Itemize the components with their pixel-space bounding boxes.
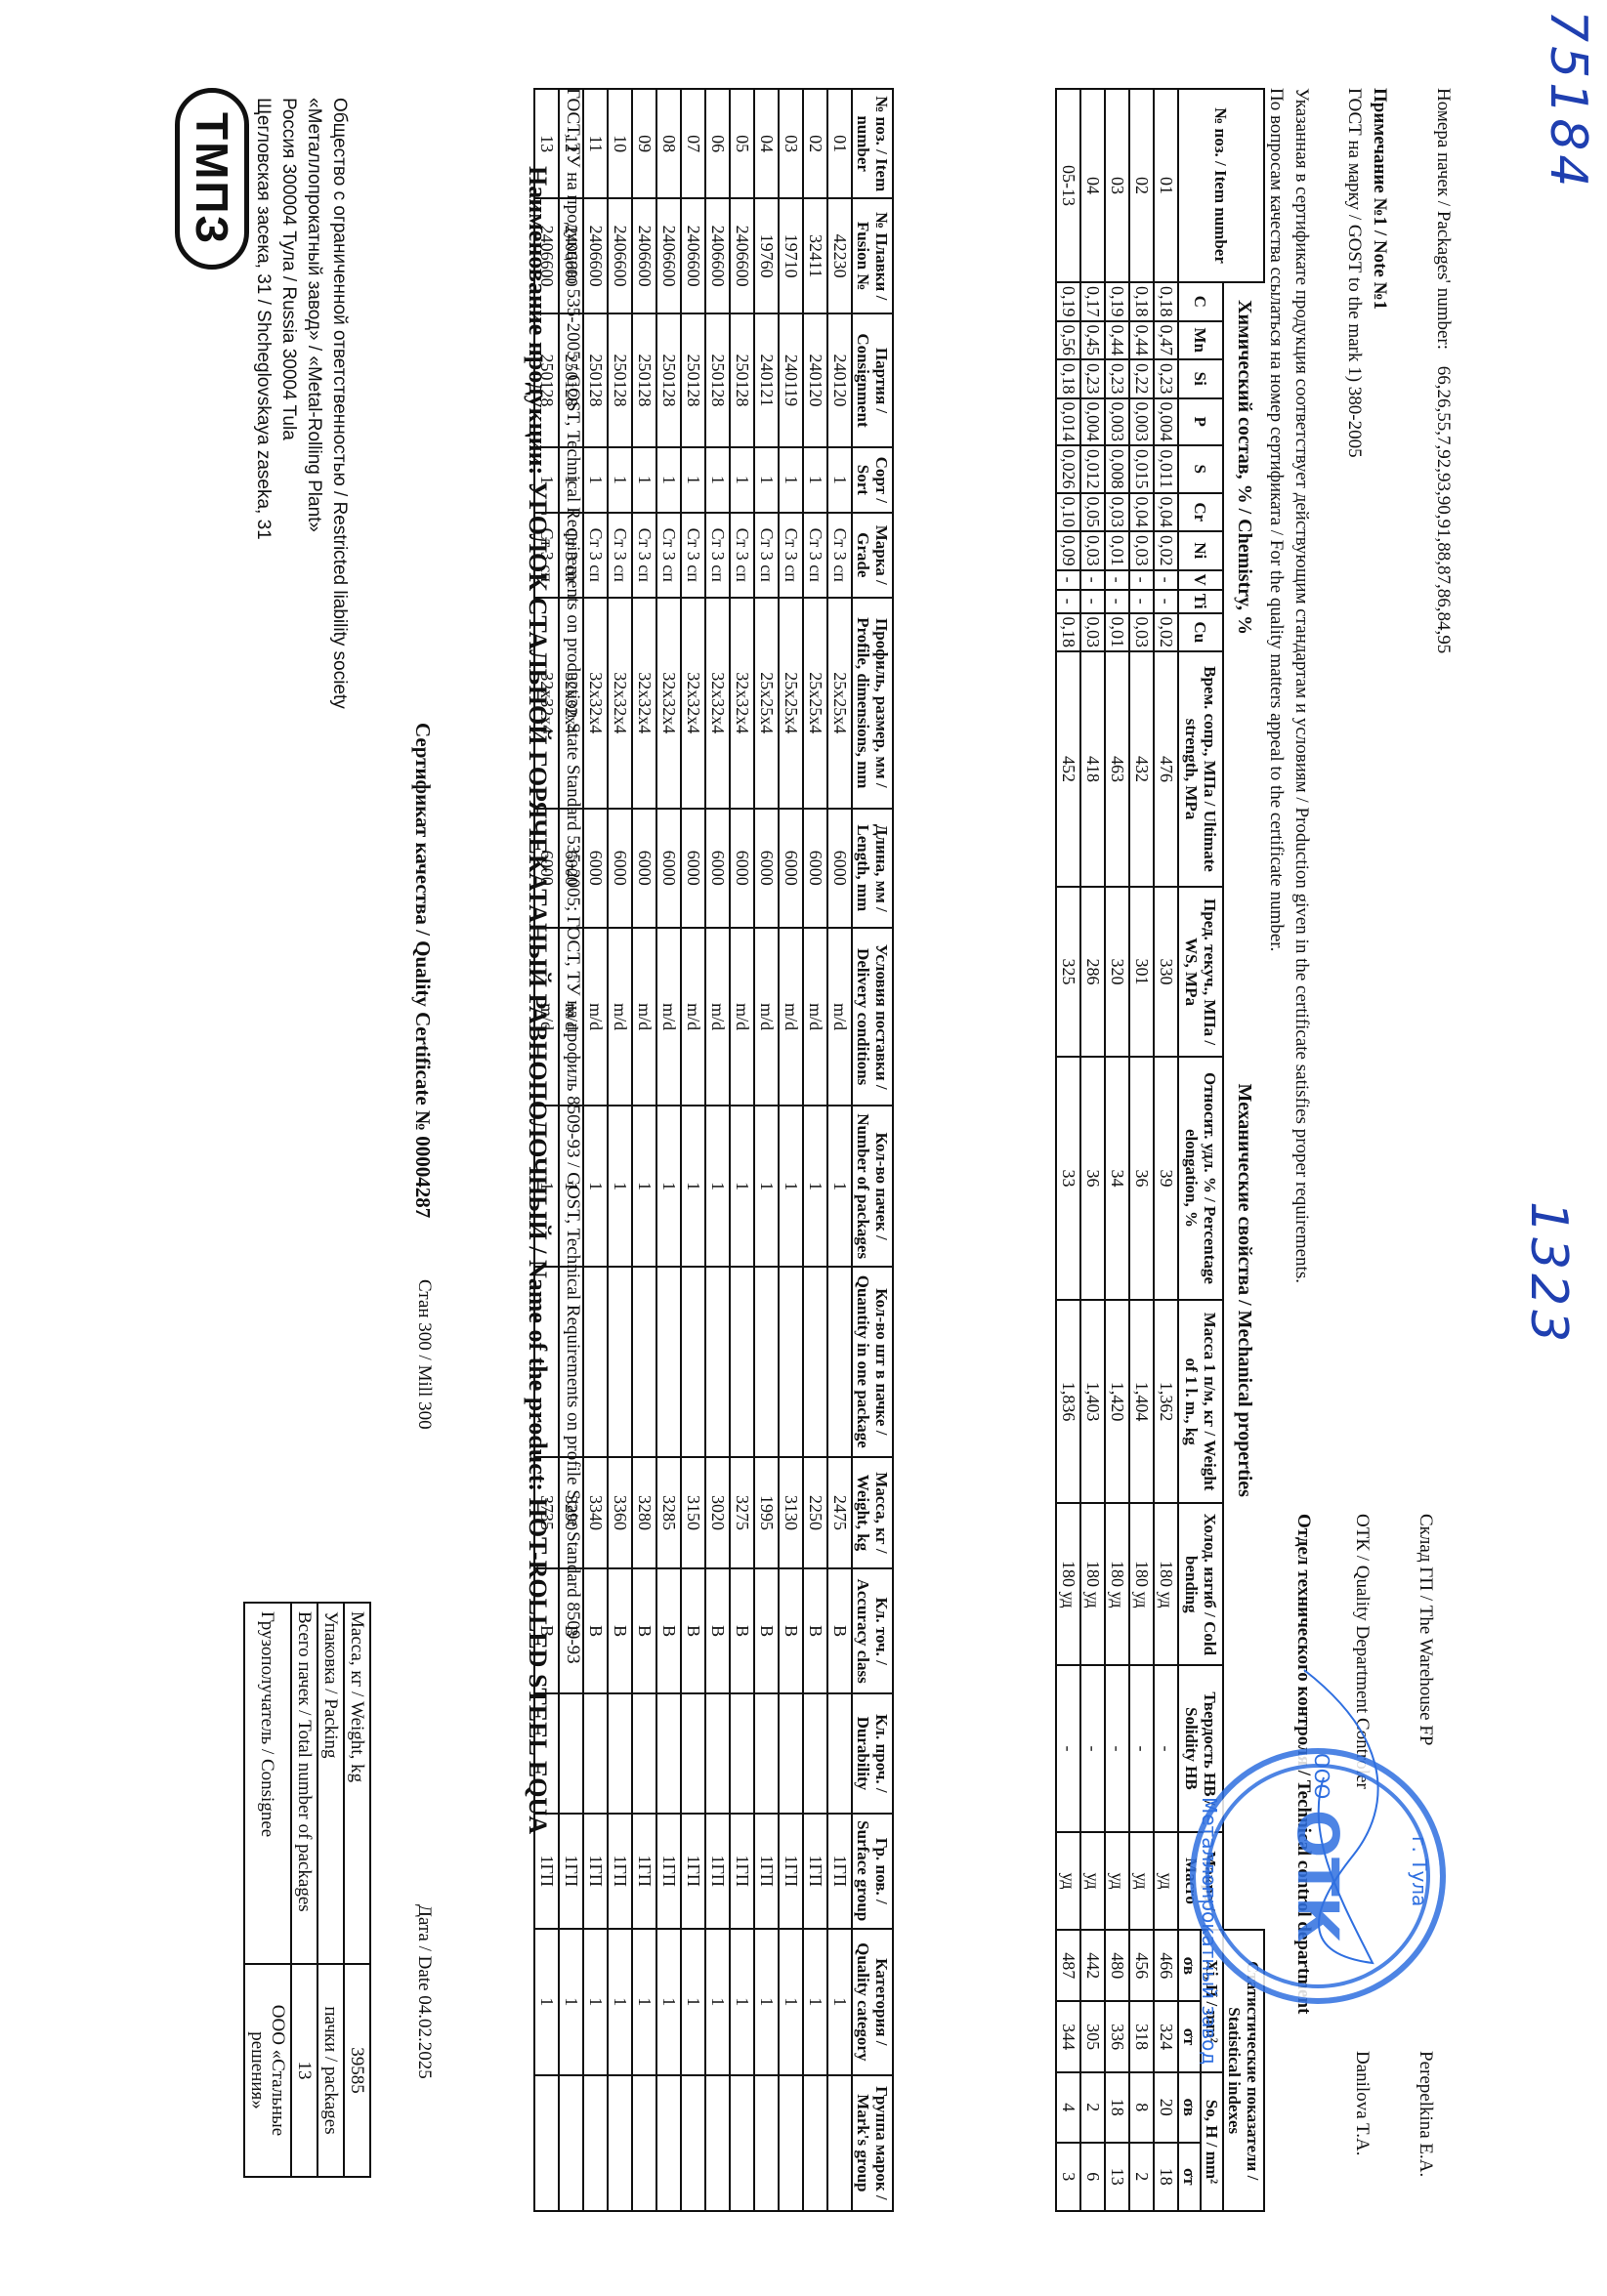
table-cell: 3285 <box>656 1457 681 1568</box>
table-cell: m/d <box>632 928 656 1106</box>
products-table: № поз. / Item number№ Плавки / Fusion №П… <box>533 88 894 2212</box>
table-cell <box>583 2075 608 2211</box>
mech-header: Холод. изгиб / Cold bending <box>1178 1503 1223 1665</box>
table-cell: 250128 <box>632 313 656 447</box>
info-row: Всего пачек / Total number of packages13 <box>291 1603 317 2177</box>
table-cell: 25x25x4 <box>779 598 803 809</box>
column-header: Партия / Consignment <box>852 313 893 447</box>
table-cell <box>803 1693 827 1813</box>
table-cell: 32411 <box>803 198 827 313</box>
stat-header: σт <box>1178 2143 1201 2211</box>
table-cell <box>534 2075 559 2211</box>
table-cell: 0,03 <box>1080 613 1105 652</box>
table-cell: Ст 3 сп <box>803 513 827 598</box>
table-cell <box>754 2075 779 2211</box>
table-cell: 11 <box>583 89 608 198</box>
table-cell: 0,44 <box>1105 321 1129 360</box>
table-cell: 0,18 <box>1056 613 1080 652</box>
company-address: Общество с ограниченной ответственностью… <box>250 98 352 709</box>
table-cell <box>705 1693 730 1813</box>
table-cell: Ст 3 сп <box>730 513 754 598</box>
table-cell <box>534 1693 559 1813</box>
table-cell: 01 <box>1154 89 1178 282</box>
table-cell: 1 <box>608 447 632 513</box>
table-cell: 1 <box>608 1106 632 1266</box>
table-cell: Ст 3 сп <box>779 513 803 598</box>
table-cell: - <box>1105 590 1129 613</box>
table-cell: B <box>632 1568 656 1693</box>
table-cell: 1 <box>583 1106 608 1266</box>
table-cell: Ст 3 сп <box>559 513 583 598</box>
table-cell: 250128 <box>583 313 608 447</box>
table-cell <box>656 2075 681 2211</box>
table-row: 05-130,190,560,180,0140,0260,100,09--0,1… <box>1056 89 1080 2211</box>
table-cell <box>632 1267 656 1457</box>
shipment-info-table: Масса, кг / Weight, kg39585Упаковка / Pa… <box>243 1602 371 2178</box>
chem-header: Ni <box>1178 531 1223 570</box>
table-cell: B <box>705 1568 730 1693</box>
table-cell: 0,004 <box>1154 398 1178 446</box>
table-cell: 1 <box>608 1929 632 2075</box>
table-cell: 1ГП <box>827 1814 852 1929</box>
table-cell: 0,004 <box>1080 398 1105 446</box>
table-cell: 1 <box>583 1929 608 2075</box>
table-cell: 180 уд <box>1154 1503 1178 1665</box>
info-value: 13 <box>291 1964 317 2177</box>
table-cell: 1 <box>779 1106 803 1266</box>
table-cell: - <box>1105 1665 1129 1831</box>
table-cell <box>559 1693 583 1813</box>
table-cell: уд <box>1129 1832 1154 1931</box>
table-cell: 1 <box>754 1929 779 2075</box>
table-cell: 0,03 <box>1129 613 1154 652</box>
table-cell: 250128 <box>681 313 705 447</box>
table-cell: 1ГП <box>583 1814 608 1929</box>
table-cell: 2 <box>1080 2072 1105 2143</box>
table-cell: 1 <box>583 447 608 513</box>
table-cell <box>730 1693 754 1813</box>
column-header: Масса, кг / Weight, kg <box>852 1457 893 1568</box>
table-cell: 0,23 <box>1154 359 1178 398</box>
table-cell <box>803 1267 827 1457</box>
chemistry-group-header: Химический состав, % / Chemistry, % <box>1223 282 1264 651</box>
note-text: ГОСТ на марку / GOST to the mark 1) 380-… <box>1341 88 1367 458</box>
table-cell: 1 <box>779 447 803 513</box>
table-cell: 1 <box>656 447 681 513</box>
table-cell: 432 <box>1129 651 1154 887</box>
table-cell: 1 <box>681 1929 705 2075</box>
table-cell: 1 <box>534 447 559 513</box>
table-cell: 39 <box>1154 1057 1178 1300</box>
handwritten-number-right: 1323 <box>1519 1201 1578 1346</box>
table-row: 0524066002501281Ст 3 сп32x32x46000m/d132… <box>730 89 754 2211</box>
table-cell: B <box>656 1568 681 1693</box>
date-label: Дата / Date 04.02.2025 <box>413 1904 435 2079</box>
table-cell: 19760 <box>754 198 779 313</box>
column-header: Кол-во пачек / Number of packages <box>852 1106 893 1266</box>
table-cell: Ст 3 сп <box>681 513 705 598</box>
table-cell: 1ГП <box>559 1814 583 1929</box>
table-cell <box>681 2075 705 2211</box>
chem-header: Ti <box>1178 590 1223 613</box>
table-cell: 6000 <box>632 809 656 928</box>
info-label: Упаковка / Packing <box>317 1603 344 1964</box>
table-cell: 1 <box>754 447 779 513</box>
table-cell: 36 <box>1129 1057 1154 1300</box>
table-cell: 05 <box>730 89 754 198</box>
table-cell: 3020 <box>705 1457 730 1568</box>
table-cell: 442 <box>1080 1930 1105 2001</box>
info-label: Грузополучатель / Consignee <box>244 1603 291 1964</box>
table-row: 02324112401201Ст 3 сп25x25x46000m/d12250… <box>803 89 827 2211</box>
table-cell: 336 <box>1105 2001 1129 2072</box>
table-cell <box>827 2075 852 2211</box>
table-cell <box>656 1267 681 1457</box>
column-header: Длина, мм / Length, mm <box>852 809 893 928</box>
table-cell: 452 <box>1056 651 1080 887</box>
table-cell <box>681 1267 705 1457</box>
table-cell: 04 <box>1080 89 1105 282</box>
table-cell: 6000 <box>656 809 681 928</box>
table-cell: m/d <box>779 928 803 1106</box>
table-cell: 1ГП <box>632 1814 656 1929</box>
table-cell <box>827 1693 852 1813</box>
table-cell: 1 <box>705 1106 730 1266</box>
table-cell: m/d <box>681 928 705 1106</box>
table-cell: 0,10 <box>1056 493 1080 532</box>
table-cell: 2 <box>1129 2143 1154 2211</box>
table-cell: 1 <box>730 1106 754 1266</box>
column-header: Кл. проч. / Durability <box>852 1693 893 1813</box>
table-cell: 1 <box>656 1929 681 2075</box>
table-cell: 18 <box>1154 2143 1178 2211</box>
table-cell: 42230 <box>827 198 852 313</box>
info-label: Масса, кг / Weight, kg <box>344 1603 370 1964</box>
table-cell: 0,01 <box>1105 531 1129 570</box>
table-cell: - <box>1154 570 1178 590</box>
so-header: So, Н / mm² <box>1201 2072 1223 2211</box>
table-cell: 25x25x4 <box>827 598 852 809</box>
table-cell: 0,23 <box>1105 359 1129 398</box>
table-cell: - <box>1129 570 1154 590</box>
table-cell: 07 <box>681 89 705 198</box>
table-row: 1024066002501281Ст 3 сп32x32x46000m/d133… <box>608 89 632 2211</box>
info-value: 39585 <box>344 1964 370 2177</box>
packages-value: 66,26,55,7,92,93,90,91,88,87,86,84,95 <box>1433 366 1454 654</box>
table-cell: 32x32x4 <box>608 598 632 809</box>
table-cell: 0,22 <box>1129 359 1154 398</box>
table-cell: Ст 3 сп <box>608 513 632 598</box>
table-cell: 0,47 <box>1154 321 1178 360</box>
table-cell: 0,03 <box>1105 493 1129 532</box>
info-value: ООО «Стальные решения» <box>244 1964 291 2177</box>
table-cell: 180 уд <box>1056 1503 1080 1665</box>
table-cell: B <box>608 1568 632 1693</box>
table-cell: 6000 <box>608 809 632 928</box>
table-cell: 325 <box>1056 887 1080 1057</box>
table-cell: 2406600 <box>559 198 583 313</box>
table-cell: 1 <box>779 1929 803 2075</box>
handwritten-number-left: 75184 <box>1539 10 1597 190</box>
table-cell: 466 <box>1154 1930 1178 2001</box>
table-cell: 13 <box>1105 2143 1129 2211</box>
table-cell: 0,011 <box>1154 445 1178 493</box>
table-row: 1124066002501281Ст 3 сп32x32x46000m/d133… <box>583 89 608 2211</box>
table-cell <box>534 1267 559 1457</box>
table-cell: 1 <box>705 447 730 513</box>
table-cell: 34 <box>1105 1057 1129 1300</box>
table-cell: 0,003 <box>1105 398 1129 446</box>
table-cell: уд <box>1105 1832 1129 1931</box>
table-row: 03197102401191Ст 3 сп25x25x46000m/d13130… <box>779 89 803 2211</box>
table-cell: уд <box>1154 1832 1178 1931</box>
table-cell: 1 <box>656 1106 681 1266</box>
table-cell: 3280 <box>632 1457 656 1568</box>
table-cell: 250128 <box>534 313 559 447</box>
table-cell: 1 <box>827 447 852 513</box>
table-cell: - <box>1154 1665 1178 1831</box>
info-row: Грузополучатель / ConsigneeООО «Стальные… <box>244 1603 291 2177</box>
table-cell: 18 <box>1105 2072 1129 2143</box>
table-cell: B <box>803 1568 827 1693</box>
column-header: Кл. точ. / Accuracy class <box>852 1568 893 1693</box>
table-cell: 2406600 <box>608 198 632 313</box>
chem-header: Cu <box>1178 613 1223 652</box>
compliance-line-1: Указанная в сертификате продукция соотве… <box>1289 88 1314 1283</box>
table-cell: 2406600 <box>681 198 705 313</box>
table-cell: m/d <box>827 928 852 1106</box>
table-cell: 1 <box>803 1929 827 2075</box>
table-cell: 476 <box>1154 651 1178 887</box>
table-cell: 1 <box>827 1929 852 2075</box>
table-cell <box>803 2075 827 2211</box>
table-cell <box>754 1267 779 1457</box>
table-cell <box>827 1267 852 1457</box>
table-cell: m/d <box>559 928 583 1106</box>
table-cell: 330 <box>1154 887 1178 1057</box>
certificate-page: 75184 1323 ТМПЗ Общество с ограниченной … <box>0 0 1607 2296</box>
table-cell: B <box>583 1568 608 1693</box>
table-cell: - <box>1080 590 1105 613</box>
table-cell: 0,012 <box>1080 445 1105 493</box>
table-cell: 1 <box>534 1929 559 2075</box>
table-cell: 25x25x4 <box>803 598 827 809</box>
table-cell: - <box>1056 570 1080 590</box>
mech-header: Масса 1 п/м, кг / Weight of 1 l. m., kg <box>1178 1300 1223 1504</box>
note-title: Примечание №1 / Note №1 <box>1367 88 1392 458</box>
table-cell: 240120 <box>803 313 827 447</box>
table-cell: 1 <box>730 447 754 513</box>
table-cell: 2406600 <box>656 198 681 313</box>
table-cell: 0,19 <box>1105 282 1129 321</box>
table-cell: - <box>1105 570 1129 590</box>
table-cell <box>559 1267 583 1457</box>
table-cell: 480 <box>1105 1930 1129 2001</box>
table-cell <box>656 1693 681 1813</box>
table-cell: 1ГП <box>608 1814 632 1929</box>
table-cell: Ст 3 сп <box>754 513 779 598</box>
table-cell: B <box>754 1568 779 1693</box>
table-cell: 3275 <box>730 1457 754 1568</box>
table-cell <box>559 2075 583 2211</box>
info-label: Всего пачек / Total number of packages <box>291 1603 317 1964</box>
column-header: Категория / Quality category <box>852 1929 893 2075</box>
table-cell: m/d <box>656 928 681 1106</box>
column-header: Гр. пов. / Surface group <box>852 1814 893 1929</box>
table-cell: уд <box>1080 1832 1105 1931</box>
table-cell: 32x32x4 <box>681 598 705 809</box>
table-cell: 0,01 <box>1105 613 1129 652</box>
table-cell: Ст 3 сп <box>632 513 656 598</box>
chem-header: P <box>1178 398 1223 446</box>
table-cell: 2475 <box>827 1457 852 1568</box>
info-value: пачки / packages <box>317 1964 344 2177</box>
table-cell <box>730 1267 754 1457</box>
table-cell: 32x32x4 <box>559 598 583 809</box>
table-cell: B <box>779 1568 803 1693</box>
table-cell: B <box>559 1568 583 1693</box>
table-cell: m/d <box>583 928 608 1106</box>
table-cell: 418 <box>1080 651 1105 887</box>
company-line: Щегловская засека, 31 / Shcheglovskaya z… <box>250 98 275 709</box>
table-cell <box>583 1693 608 1813</box>
table-cell: 1 <box>705 1929 730 2075</box>
stat-header: σв <box>1178 2072 1201 2143</box>
chem-header: S <box>1178 445 1223 493</box>
table-cell: 0,18 <box>1056 359 1080 398</box>
table-cell: 0,015 <box>1129 445 1154 493</box>
company-line: Общество с ограниченной ответственностью… <box>326 98 352 709</box>
chem-header: C <box>1178 282 1223 321</box>
table-row: 040,170,450,230,0040,0120,050,03--0,0341… <box>1080 89 1105 2211</box>
table-cell: 6 <box>1080 2143 1105 2211</box>
info-row: Упаковка / Packingпачки / packages <box>317 1603 344 2177</box>
table-row: 0724066002501281Ст 3 сп32x32x46000m/d131… <box>681 89 705 2211</box>
table-cell: 240119 <box>779 313 803 447</box>
table-cell: 1 <box>534 1106 559 1266</box>
props-item-header: № поз. / Item number <box>1178 89 1264 282</box>
table-cell: 0,45 <box>1080 321 1105 360</box>
table-cell: 318 <box>1129 2001 1154 2072</box>
table-cell: - <box>1154 590 1178 613</box>
table-cell: 3735 <box>534 1457 559 1568</box>
table-cell: 01 <box>827 89 852 198</box>
table-cell: m/d <box>705 928 730 1106</box>
table-cell: 250128 <box>656 313 681 447</box>
table-cell <box>779 2075 803 2211</box>
table-cell: 1,420 <box>1105 1300 1129 1504</box>
table-cell: 6000 <box>681 809 705 928</box>
table-row: 0924066002501281Ст 3 сп32x32x46000m/d132… <box>632 89 656 2211</box>
table-cell <box>705 1267 730 1457</box>
table-cell: 320 <box>1105 887 1129 1057</box>
table-cell: 1 <box>803 447 827 513</box>
table-cell: 6000 <box>779 809 803 928</box>
table-cell: 1 <box>730 1929 754 2075</box>
table-cell: 12 <box>559 89 583 198</box>
table-cell: 1,836 <box>1056 1300 1080 1504</box>
table-cell: 6000 <box>730 809 754 928</box>
table-cell: 1 <box>632 1106 656 1266</box>
table-cell: m/d <box>754 928 779 1106</box>
table-cell: 32x32x4 <box>583 598 608 809</box>
table-cell <box>583 1267 608 1457</box>
table-cell: 33 <box>1056 1057 1080 1300</box>
table-cell: 03 <box>779 89 803 198</box>
table-cell: 05-13 <box>1056 89 1080 282</box>
note-1: Примечание №1 / Note №1 ГОСТ на марку / … <box>1341 88 1392 458</box>
table-cell: 04 <box>754 89 779 198</box>
table-cell: 1 <box>681 447 705 513</box>
table-cell: 0,04 <box>1129 493 1154 532</box>
otk-name: Danilova T.A. <box>1351 2051 1373 2155</box>
table-cell: 240121 <box>754 313 779 447</box>
table-cell: 1ГП <box>534 1814 559 1929</box>
table-cell: 10 <box>608 89 632 198</box>
table-cell: 1,404 <box>1129 1300 1154 1504</box>
table-cell: 180 уд <box>1129 1503 1154 1665</box>
table-cell: 0,014 <box>1056 398 1080 446</box>
table-cell: 1 <box>559 1929 583 2075</box>
table-cell: 1 <box>632 447 656 513</box>
table-cell: 250128 <box>730 313 754 447</box>
table-cell: Ст 3 сп <box>656 513 681 598</box>
table-cell <box>705 2075 730 2211</box>
table-cell: 25x25x4 <box>754 598 779 809</box>
table-cell: m/d <box>534 928 559 1106</box>
table-row: 0824066002501281Ст 3 сп32x32x46000m/d132… <box>656 89 681 2211</box>
certificate-title: Сертификат качества / Quality Certificat… <box>410 723 435 1218</box>
table-cell: 1ГП <box>705 1814 730 1929</box>
packages-numbers: Номера пачек / Packages' number: 66,26,5… <box>1430 88 1456 653</box>
compliance-line-2: По вопросам качества ссылаться на номер … <box>1263 88 1289 1283</box>
table-cell <box>681 1693 705 1813</box>
table-cell: 1 <box>559 1106 583 1266</box>
table-cell: 6000 <box>534 809 559 928</box>
table-cell: 1ГП <box>681 1814 705 1929</box>
table-cell: 324 <box>1154 2001 1178 2072</box>
company-line: «Металлопрокатный завод» / «Metal-Rollin… <box>301 98 326 709</box>
table-cell: 1ГП <box>656 1814 681 1929</box>
warehouse-label: Склад ГП / The Warehouse FP <box>1415 1514 1436 1745</box>
table-cell: 2406600 <box>730 198 754 313</box>
table-cell: 0,18 <box>1129 282 1154 321</box>
table-cell: 6000 <box>559 809 583 928</box>
table-cell: 0,02 <box>1154 613 1178 652</box>
table-cell <box>608 2075 632 2211</box>
chem-header: Si <box>1178 359 1223 398</box>
table-cell: 1 <box>681 1106 705 1266</box>
table-cell: m/d <box>608 928 632 1106</box>
table-cell: 02 <box>803 89 827 198</box>
column-header: Кол-во шт в пачке / Quantity in one pack… <box>852 1267 893 1457</box>
table-cell: 36 <box>1080 1057 1105 1300</box>
column-header: Условия поставки / Delivery conditions <box>852 928 893 1106</box>
table-cell: B <box>534 1568 559 1693</box>
table-row: 1324066002501281Ст 3 сп32x32x46000m/d137… <box>534 89 559 2211</box>
table-cell: 32x32x4 <box>656 598 681 809</box>
table-cell: 250128 <box>705 313 730 447</box>
company-line: Россия 300004 Тула / Russia 30004 Tula <box>275 98 301 709</box>
table-cell: - <box>1080 570 1105 590</box>
table-cell: 250128 <box>559 313 583 447</box>
table-cell: 1,403 <box>1080 1300 1105 1504</box>
table-cell: 180 уд <box>1105 1503 1129 1665</box>
table-row: 030,190,440,230,0030,0080,030,01--0,0146… <box>1105 89 1129 2211</box>
table-cell: 20 <box>1154 2072 1178 2143</box>
table-cell: 6000 <box>754 809 779 928</box>
table-cell: - <box>1129 590 1154 613</box>
